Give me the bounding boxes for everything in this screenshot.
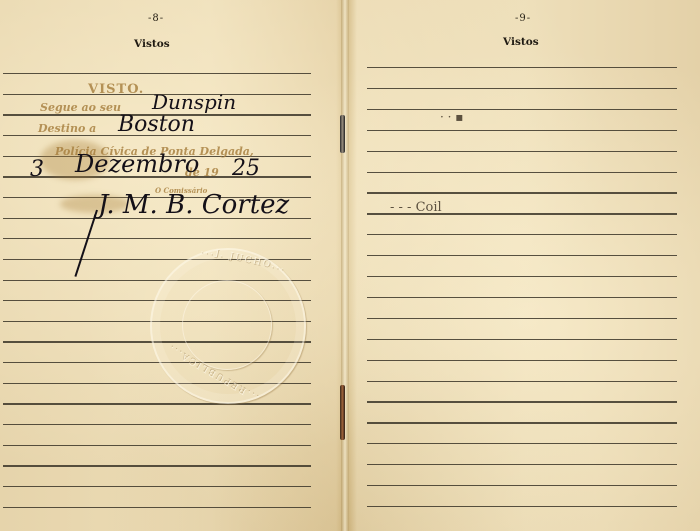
rule-line bbox=[367, 360, 677, 361]
rule-line bbox=[367, 255, 677, 256]
page-number: -9- bbox=[515, 13, 531, 24]
left-page: -8- Vistos VISTO. Segue ao seu Destino a… bbox=[0, 0, 345, 531]
rule-line bbox=[367, 485, 677, 486]
rule-line bbox=[3, 403, 311, 404]
rule-line bbox=[367, 318, 677, 319]
stamp-heading: VISTO. bbox=[88, 82, 144, 97]
rule-line bbox=[367, 67, 677, 68]
passport-spread: -8- Vistos VISTO. Segue ao seu Destino a… bbox=[0, 0, 700, 531]
right-page: -9- Vistos · · ▪ - - - Coil bbox=[345, 0, 700, 531]
stamp-line-1: Segue ao seu bbox=[40, 101, 121, 114]
rule-line bbox=[367, 339, 677, 340]
rule-line bbox=[367, 234, 677, 235]
faded-visa-mark-2: - - - Coil bbox=[390, 200, 442, 215]
rule-line bbox=[367, 276, 677, 277]
handwritten-destination-1: Dunspin bbox=[152, 90, 236, 114]
rule-line bbox=[3, 73, 311, 74]
rule-line bbox=[367, 151, 677, 152]
rule-line bbox=[3, 445, 311, 446]
rule-line bbox=[367, 506, 677, 507]
rule-line bbox=[367, 109, 677, 110]
page-title: Vistos bbox=[503, 36, 539, 48]
embossed-seal: ...J. JUCHO... ...REPUBLICA... bbox=[150, 248, 306, 404]
commissioner-signature: J. M. B. Cortez bbox=[98, 190, 289, 220]
rule-line bbox=[367, 401, 677, 402]
signature-flourish bbox=[74, 210, 98, 277]
rule-line bbox=[3, 424, 311, 425]
rule-line bbox=[367, 130, 677, 131]
page-title: Vistos bbox=[134, 38, 170, 50]
handwritten-month: Dezembro bbox=[75, 150, 199, 178]
handwritten-day: 3 bbox=[30, 157, 44, 182]
rule-line bbox=[367, 297, 677, 298]
rule-line bbox=[3, 507, 311, 508]
rule-line bbox=[367, 422, 677, 423]
rule-line bbox=[3, 486, 311, 487]
handwritten-destination-2: Boston bbox=[118, 112, 195, 137]
page-number: -8- bbox=[148, 13, 164, 24]
rule-line bbox=[367, 192, 677, 193]
rule-line bbox=[367, 464, 677, 465]
faded-visa-mark-1: · · ▪ bbox=[440, 110, 463, 124]
rule-line bbox=[367, 172, 677, 173]
rule-line bbox=[3, 465, 311, 466]
stamp-line-2: Destino a bbox=[38, 122, 96, 135]
rule-line bbox=[367, 88, 677, 89]
rule-line bbox=[367, 381, 677, 382]
rule-line bbox=[367, 443, 677, 444]
handwritten-year: 25 bbox=[232, 156, 260, 181]
rule-line bbox=[3, 238, 311, 239]
